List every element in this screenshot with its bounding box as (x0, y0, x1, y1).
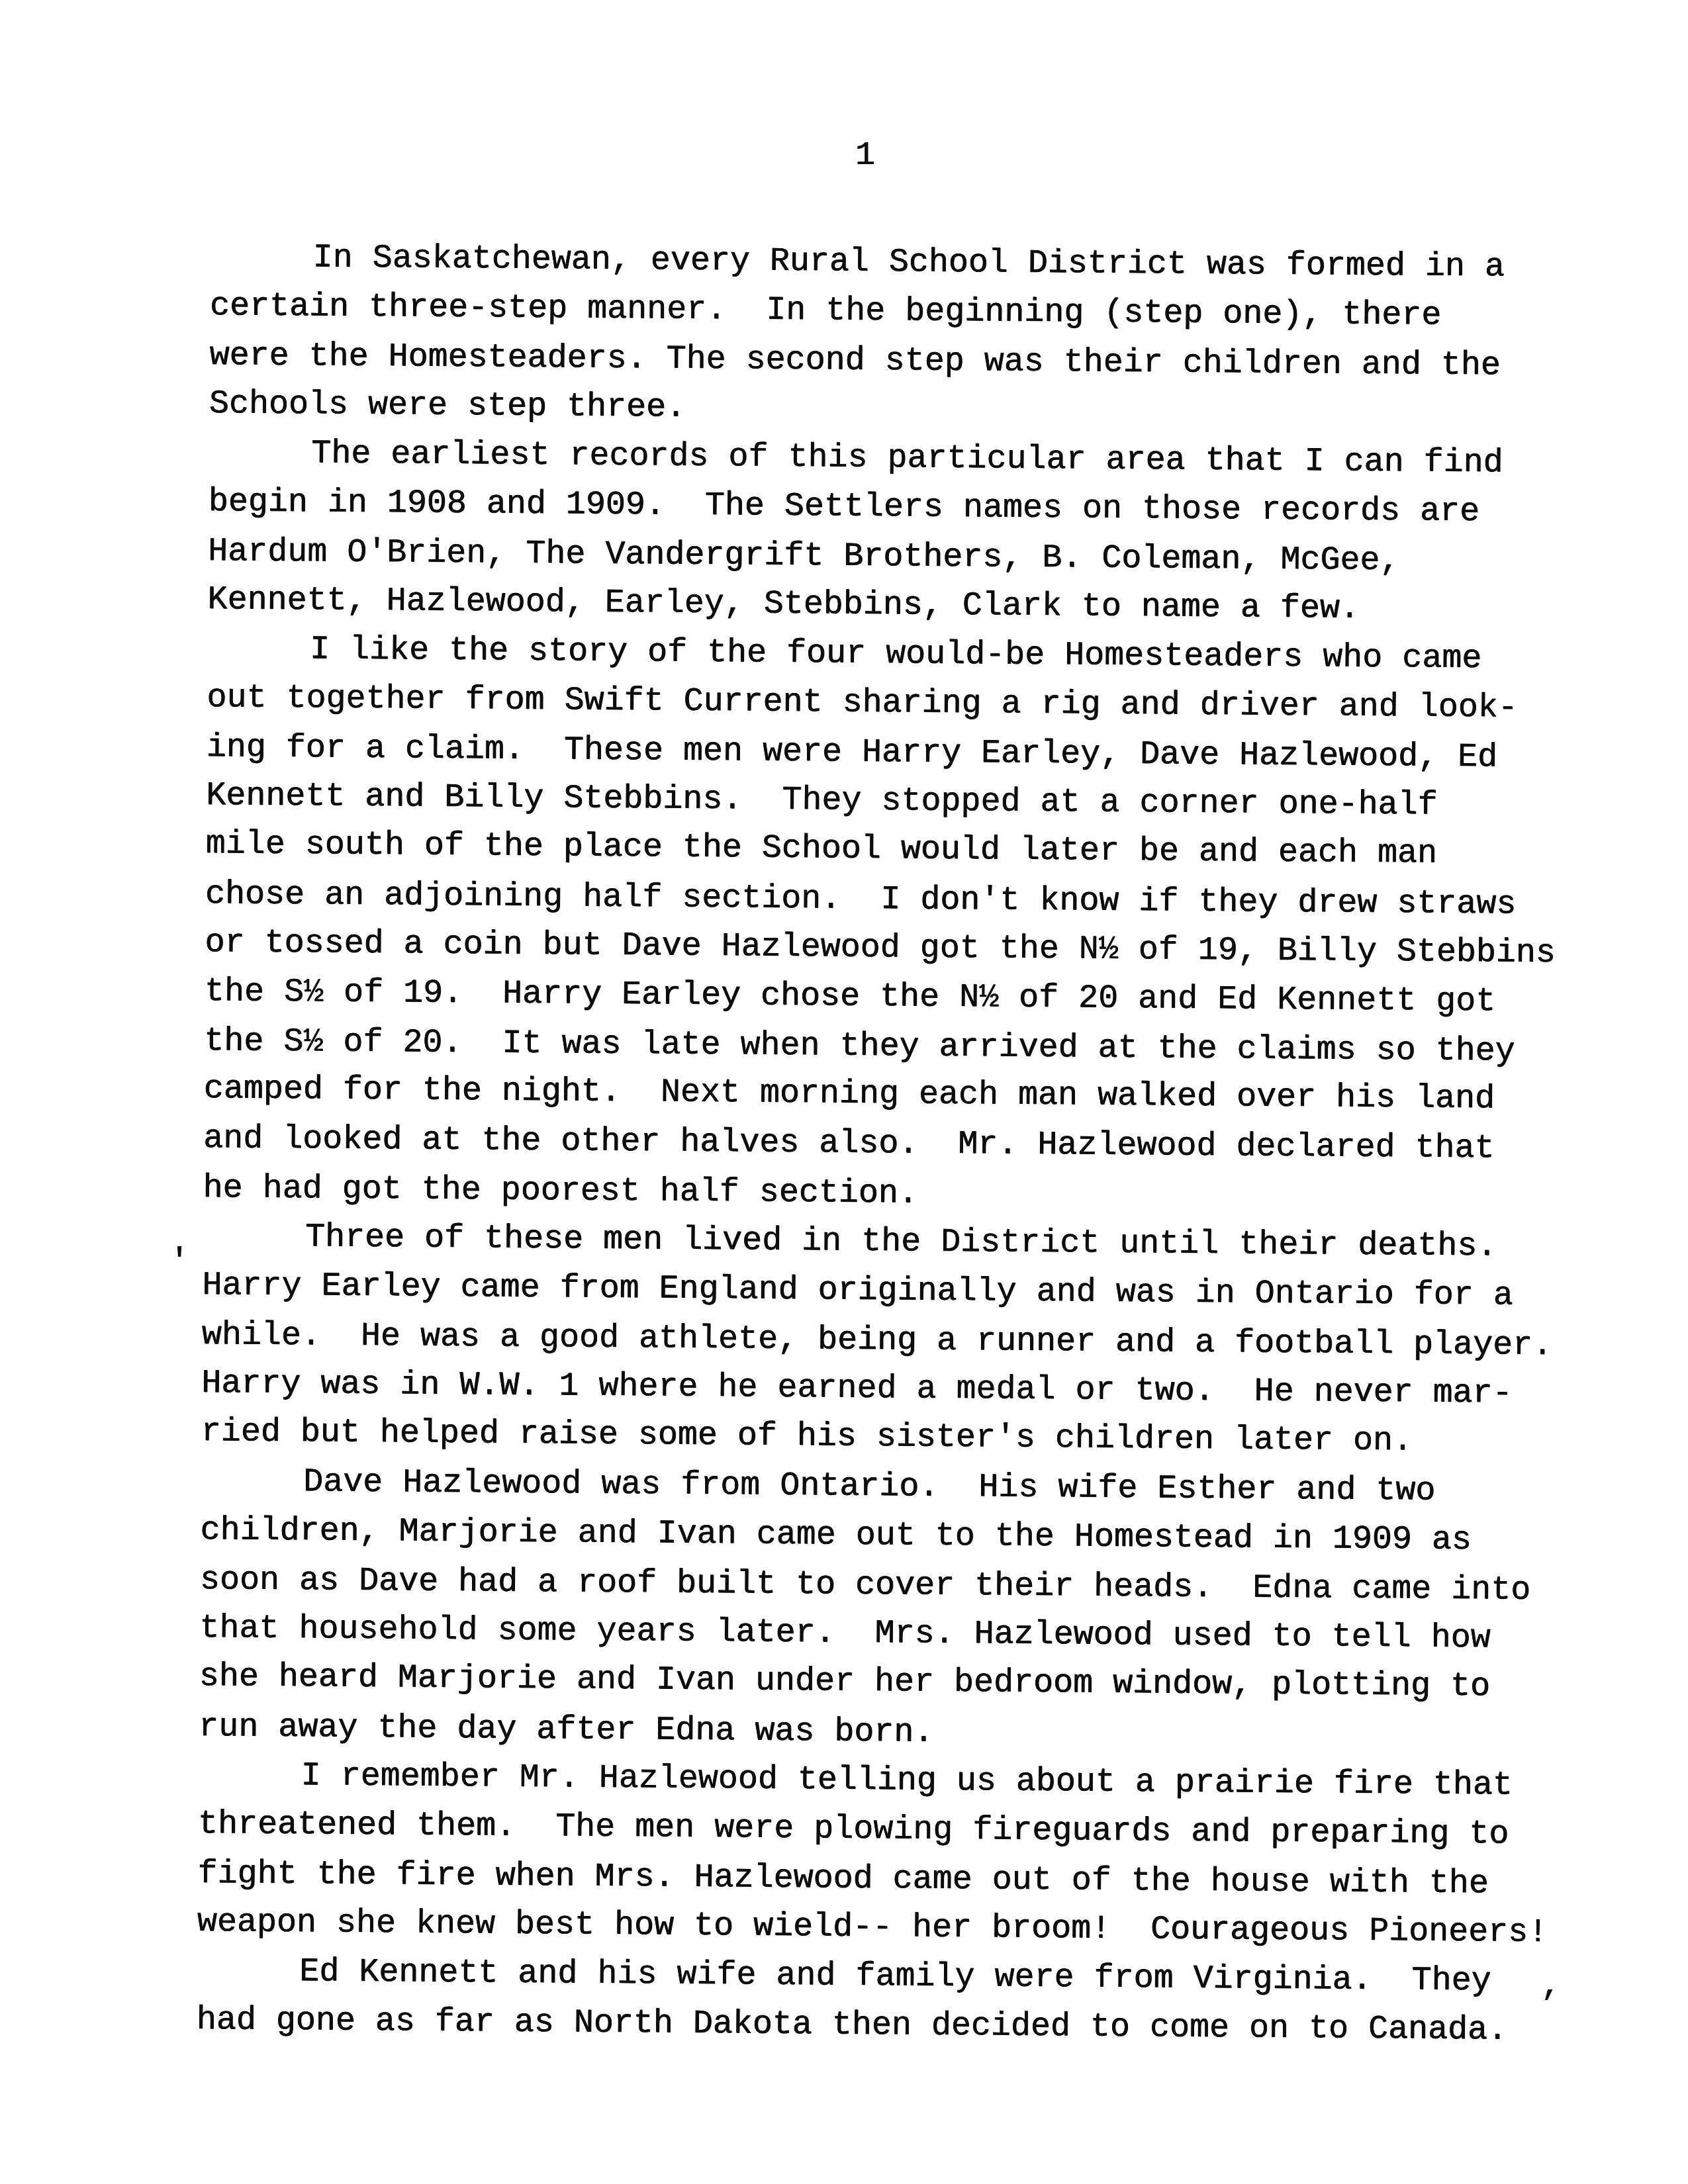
paragraph: The earliest records of this particular … (207, 429, 1560, 635)
paragraph: Ed Kennett and his wife and family were … (196, 1947, 1547, 2056)
document-text: In Saskatchewan, every Rural School Dist… (196, 233, 1561, 2056)
scanned-page: 1 In Saskatchewan, every Rural School Di… (0, 0, 1688, 2184)
paragraph: I remember Mr. Hazlewood telling us abou… (197, 1751, 1550, 1958)
stray-ink-mark-right: , (1541, 1967, 1561, 2005)
text-line: had gone as far as North Dakota then dec… (196, 1996, 1547, 2056)
paragraph: Three of these men lived in the District… (201, 1212, 1553, 1468)
stray-ink-mark-left: ' (169, 1243, 189, 1281)
paragraph: In Saskatchewan, every Rural School Dist… (209, 233, 1562, 439)
page-number: 1 (855, 137, 875, 175)
text-line: mile south of the place the School would… (205, 820, 1556, 880)
text-line: she heard Marjorie and Ivan under her be… (199, 1653, 1550, 1712)
paragraph: I like the story of the four would-be Ho… (203, 625, 1558, 1223)
paragraph: Dave Hazlewood was from Ontario. His wif… (199, 1457, 1552, 1762)
